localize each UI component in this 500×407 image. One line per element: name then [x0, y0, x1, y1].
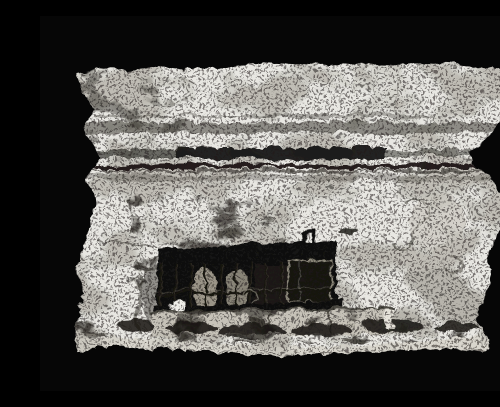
torn-edge-print	[65, 54, 500, 359]
photo-canvas	[40, 16, 500, 391]
photo-print-of-wall: Black-and-white print of a weathered pla…	[40, 16, 500, 391]
print-grain	[65, 54, 500, 359]
